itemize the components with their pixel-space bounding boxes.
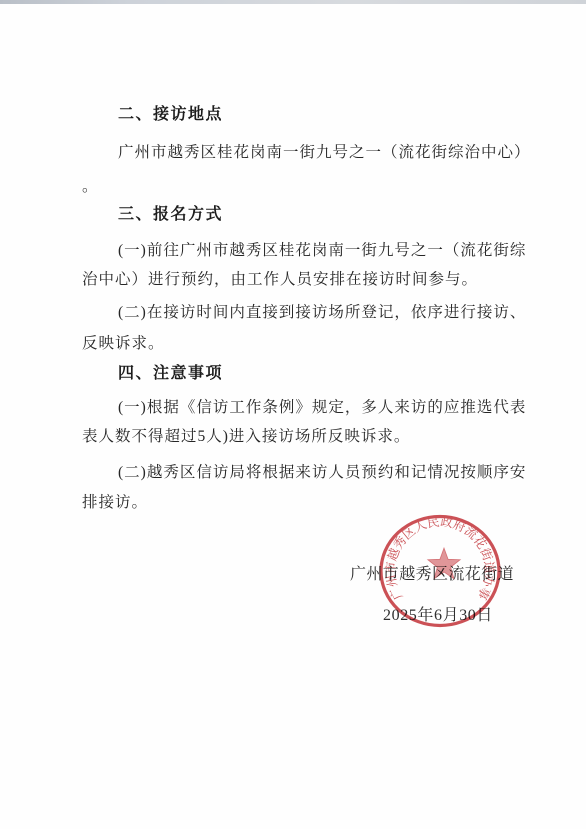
star-icon	[428, 548, 460, 579]
section-heading-notes: 四、注意事项	[118, 360, 223, 383]
document-line: 排接访。	[82, 490, 148, 512]
seal-arc-text: 广州市越秀区人民政府流花街道办事处	[378, 513, 497, 603]
document-page: 二、接访地点 广州市越秀区桂花岗南一街九号之一（流花街综治中心） 。 三、报名方…	[0, 0, 586, 829]
document-line: 治中心）进行预约，由工作人员安排在接访时间参与。	[82, 267, 478, 289]
official-seal: 广州市越秀区人民政府流花街道办事处	[378, 513, 502, 631]
document-line: (二)在接访时间内直接到接访场所登记，依序进行接访、	[118, 300, 526, 322]
scan-top-edge	[0, 0, 586, 4]
section-heading-visit-location: 二、接访地点	[118, 101, 223, 124]
document-line: (一)根据《信访工作条例》规定，多人来访的应推选代表	[118, 395, 526, 417]
section-heading-registration-method: 三、报名方式	[118, 201, 223, 224]
document-line: 广州市越秀区桂花岗南一街九号之一（流花街综治中心）	[118, 140, 531, 162]
document-line: 表人数不得超过5人)进入接访场所反映诉求。	[82, 424, 410, 446]
document-line: 反映诉求。	[82, 331, 165, 353]
document-line: 。	[82, 174, 99, 196]
document-line: (一)前往广州市越秀区桂花岗南一街九号之一（流花街综	[118, 238, 526, 260]
document-line: (二)越秀区信访局将根据来访人员预约和记情况按顺序安	[118, 460, 526, 482]
